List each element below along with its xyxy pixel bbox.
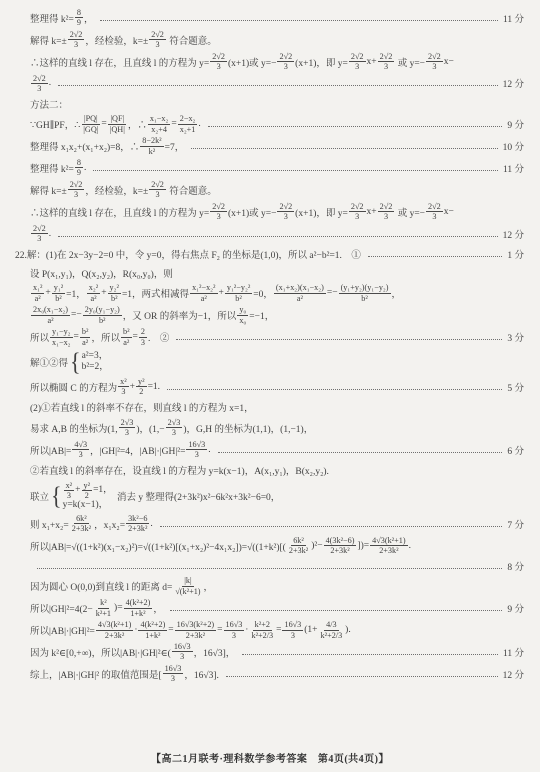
answer-line: 22.解：(1)在 2x−3y−2=0 中，令 y=0，得右焦点 F₂ 的坐标是…: [15, 245, 524, 262]
fraction-denominator: 2+3k²: [70, 524, 93, 533]
fraction-denominator: 3: [72, 40, 80, 49]
text-run: 易求 A,B 的坐标为(1,: [30, 421, 118, 435]
fraction: 16√3(k²+2)2+3k²: [175, 620, 217, 640]
answer-line: 所以|AB|=4√33，|GH|²=4，|AB|·|GH|²=16√33.6 分: [30, 440, 524, 460]
text-run: =7，: [165, 139, 185, 153]
fraction-denominator: √(k²+1): [173, 587, 202, 596]
text-run: =1，: [66, 286, 86, 300]
text-run: (x+1)，即 y=: [295, 205, 348, 219]
line-text: 综上，|AB|·|GH|² 的取值范围是[16√33，16√3].: [30, 664, 219, 684]
text-run: +: [130, 382, 135, 392]
fraction: x²3: [64, 481, 75, 501]
fraction-denominator: 9: [75, 168, 83, 177]
line-text: 2x₀(x₁−x₂)a²=−2y₀(y₁−y₂)b²，又 OR 的斜率为−1，所…: [30, 305, 274, 325]
text-run: ，16√3]，: [194, 645, 236, 659]
fraction-numerator: k²+2: [253, 620, 272, 630]
text-run: =1，: [93, 485, 113, 496]
fraction-numerator: (x₁+x₂)(x₁−x₂): [274, 283, 326, 293]
fraction-numerator: y₁−y₂: [50, 327, 73, 337]
fraction: 6k²2+3k²: [70, 514, 93, 534]
fraction: |PQ||GQ|: [81, 114, 100, 134]
fraction: |k|√(k²+1): [173, 576, 202, 596]
fraction: 8−2k²k²: [140, 136, 163, 156]
line-text: 所以|AB|=√((1+k²)(x₁−x₂)²)=√((1+k²)[(x₁+x₂…: [30, 536, 411, 556]
fraction: 16√33: [186, 440, 207, 460]
fraction-denominator: 3: [119, 387, 127, 396]
text-run: ，∴: [128, 117, 147, 131]
fraction-denominator: b²: [233, 294, 244, 303]
line-text: ∴这样的直线 l 存在，且直线 l 的方程为 y=2√23(x+1)或 y=−2…: [30, 202, 454, 222]
fraction-numerator: 2√2: [68, 180, 85, 190]
line-text: 整理得 k²=89，: [30, 8, 93, 28]
text-run: 整理得 x₁x₂+(x₁+x₂)=8，∴: [30, 139, 139, 153]
score-label: 8 分: [507, 559, 524, 573]
fraction: y₁²−y₂²b²: [225, 283, 252, 303]
fraction-denominator: a²: [88, 294, 98, 303]
fraction: 2√23: [149, 30, 166, 50]
fraction-numerator: x²: [64, 481, 75, 491]
score-label: 9 分: [507, 601, 524, 615]
text-run: ，|GH|²=4，|AB|·|GH|²=: [90, 443, 185, 457]
text-run: 所以|AB|·|GH|²=: [30, 623, 95, 637]
fraction-numerator: y₁²: [52, 283, 65, 293]
answer-line: 所以|AB|·|GH|²=4√3(k²+1)2+3k²·4(k²+2)1+k²=…: [30, 620, 524, 640]
fraction-numerator: 4(3k²−6): [324, 536, 357, 546]
fraction: 2−x₂x₂+1: [178, 114, 198, 134]
text-run: ，经检验，k=±: [85, 33, 148, 47]
fraction-denominator: k²: [147, 147, 158, 156]
fraction-numerator: 2: [139, 327, 147, 337]
text-run: ∴这样的直线 l 存在，且直线 l 的方程为 y=: [30, 55, 209, 69]
fraction-numerator: 16√3: [172, 642, 193, 652]
text-run: 设 P(x₁,y₁)，Q(x₂,y₂)，R(x₀,y₀)，则: [30, 266, 173, 280]
text-run: 则 x₁+x₂=: [30, 517, 69, 531]
fraction-numerator: 2√2: [68, 30, 85, 40]
line-text: 解得 k=±2√23，经检验，k=±2√23 符合题意。: [30, 30, 217, 50]
answer-line: 解①②得{a²=3，b²=2，: [30, 349, 524, 375]
line-text: 所以|GH|²=4(2−k²k²+1)=4(k²+2)1+k²，: [30, 598, 163, 618]
fraction: (x₁+x₂)(x₁−x₂)a²: [274, 283, 326, 303]
text-run: ②若直线 l 的斜率存在，设直线 l 的方程为 y=k(x−1)，A(x₁,y₁…: [30, 463, 329, 477]
fraction-numerator: 2√2: [426, 202, 443, 212]
fraction: 3k²−62+3k²: [126, 514, 149, 534]
fraction-denominator: k²+2/3: [319, 631, 345, 640]
fraction: 4/3k²+2/3: [319, 620, 345, 640]
fraction-numerator: 2√2: [378, 52, 395, 62]
fraction-numerator: 2√2: [349, 202, 366, 212]
fraction-numerator: 2−x₂: [178, 114, 198, 124]
fraction: 2√23: [349, 202, 366, 222]
text-run: 联立: [30, 489, 49, 503]
text-run: 解得 k=±: [30, 33, 67, 47]
fraction: 4(k²+2)1+k²: [138, 620, 167, 640]
fraction: 2√23: [68, 30, 85, 50]
fraction-denominator: 2+3k²: [287, 546, 310, 555]
text-run: )，(1,−: [136, 421, 164, 435]
fraction-numerator: 3k²−6: [126, 514, 149, 524]
fraction-denominator: 3: [289, 631, 297, 640]
fraction: x₁²a²: [31, 283, 44, 303]
fraction-denominator: 3: [123, 428, 131, 437]
fraction-denominator: k²+1: [94, 609, 113, 618]
fraction: 2√23: [68, 180, 85, 200]
fraction: 2√23: [149, 180, 166, 200]
score-label: 12 分: [503, 227, 524, 241]
fraction-denominator: 3: [215, 212, 223, 221]
dotted-leader: [242, 653, 498, 655]
fraction-numerator: y²: [136, 377, 147, 387]
text-run: )，G,H 的坐标为(1,1)，(1,−1)，: [183, 421, 313, 435]
answer-line: 整理得 k²=89，11 分: [30, 8, 524, 28]
fraction-denominator: 1+k²: [128, 609, 147, 618]
dotted-leader: [170, 609, 502, 611]
fraction: 4(3k²−6)2+3k²: [324, 536, 357, 556]
text-run: 所以|GH|²=4(2−: [30, 601, 93, 615]
answer-line: 则 x₁+x₂=6k²2+3k²，x₁x₂=3k²−62+3k².7 分: [30, 514, 524, 534]
fraction: 23: [139, 327, 147, 347]
text-run: =: [133, 332, 138, 342]
equation-system-row: a²=3，: [82, 351, 109, 362]
fraction: 2√23: [31, 224, 48, 244]
fraction-denominator: 3: [178, 652, 186, 661]
text-run: =: [101, 119, 106, 129]
fraction-numerator: b²: [80, 327, 91, 337]
fraction: 4√3(k²+1)2+3k²: [370, 536, 407, 556]
text-run: ，所以: [91, 330, 120, 344]
text-run: (x+1)或 y=−: [228, 55, 277, 69]
text-run: =1.: [148, 382, 160, 392]
text-run: =−1，: [249, 308, 274, 322]
text-run: =: [217, 625, 222, 635]
answer-line: (2)①若直线 l 的斜率不存在，则直线 l 的方程为 x=1，: [30, 399, 524, 416]
fraction: y²2: [136, 377, 147, 397]
fraction-denominator: a²: [121, 338, 131, 347]
page-footer: 【高二1月联考·理科数学参考答案 第4页(共4页)】: [0, 750, 540, 765]
text-run: 整理得 k²=: [30, 11, 74, 25]
answer-line: ②若直线 l 的斜率存在，设直线 l 的方程为 y=k(x−1)，A(x₁,y₁…: [30, 462, 524, 479]
fraction-numerator: 4√3(k²+1): [370, 536, 407, 546]
fraction: 2√33: [119, 418, 136, 438]
document-body: 整理得 k²=89，11 分解得 k=±2√23，经检验，k=±2√23 符合题…: [30, 7, 524, 685]
fraction-numerator: 8: [75, 8, 83, 18]
text-run: 或 y=−: [395, 55, 425, 69]
fraction-denominator: 3: [430, 62, 438, 71]
line-text: 设 P(x₁,y₁)，Q(x₂,y₂)，R(x₀,y₀)，则: [30, 266, 173, 280]
dotted-leader: [218, 451, 503, 453]
line-text: 整理得 k²=89.: [30, 158, 86, 178]
fraction-numerator: 4(k²+2): [124, 598, 153, 608]
answer-line: 2√23.12 分: [30, 224, 524, 244]
answer-line: x₁²a²+y₁²b²=1，x₂²a²+y₂²b²=1，两式相减得x₁²−x₂²…: [30, 283, 524, 303]
text-run: 所以|AB|=√((1+k²)(x₁−x₂)²)=√((1+k²)[(x₁+x₂…: [30, 539, 286, 553]
line-text: 则 x₁+x₂=6k²2+3k²，x₁x₂=3k²−62+3k².: [30, 514, 153, 534]
text-run: ，16√3].: [184, 667, 219, 681]
text-run: ，又 OR 的斜率为−1，所以: [123, 308, 237, 322]
fraction: b²a²: [80, 327, 91, 347]
fraction: (y₁+y₂)(y₁−y₂)b²: [339, 283, 391, 303]
answer-line: 整理得 k²=89.11 分: [30, 158, 524, 178]
score-label: 11 分: [503, 11, 524, 25]
fraction-numerator: 16√3: [282, 620, 303, 630]
text-run: ，: [153, 601, 163, 615]
fraction: 2x₀(x₁−x₂)a²: [31, 305, 70, 325]
fraction-numerator: 6k²: [74, 514, 89, 524]
fraction: 2√33: [166, 418, 183, 438]
score-label: 12 分: [503, 76, 524, 90]
score-label: 9 分: [507, 117, 524, 131]
text-run: 所以椭圆 C 的方程为: [30, 380, 117, 394]
fraction-numerator: x₂²: [87, 283, 100, 293]
fraction: 16√33: [172, 642, 193, 662]
fraction-denominator: a²: [33, 294, 43, 303]
fraction-denominator: |GQ|: [81, 125, 100, 134]
answer-line: 所以y₁−y₂x₁−x₂=b²a²，所以b²a²=23. ②3 分: [30, 327, 524, 347]
answer-line: 8 分: [30, 557, 524, 574]
dotted-leader: [167, 388, 502, 390]
text-run: )=: [114, 603, 123, 613]
text-run: .: [198, 119, 200, 129]
fraction-numerator: 4√3(k²+1): [96, 620, 133, 630]
fraction-denominator: 3: [230, 631, 238, 640]
text-run: =0，: [253, 286, 273, 300]
fraction-numerator: y₀: [237, 305, 248, 315]
text-run: ，经检验，k=±: [85, 183, 148, 197]
fraction-denominator: 3: [35, 84, 43, 93]
fraction-denominator: 2+3k²: [103, 631, 126, 640]
text-run: =: [168, 625, 173, 635]
fraction-numerator: |PQ|: [82, 114, 100, 124]
text-run: ∵GH∥PF，∴: [30, 117, 80, 131]
text-run: .: [150, 519, 152, 529]
fraction-numerator: x₁²−x₂²: [190, 283, 217, 293]
fraction-numerator: 2√2: [349, 52, 366, 62]
answer-line: 所以|GH|²=4(2−k²k²+1)=4(k²+2)1+k²，9 分: [30, 598, 524, 618]
fraction-denominator: a²: [80, 338, 90, 347]
fraction-numerator: 2√2: [210, 52, 227, 62]
fraction: 2√23: [31, 74, 48, 94]
line-text: 所以椭圆 C 的方程为x²3+y²2=1.: [30, 377, 160, 397]
answer-line: 综上，|AB|·|GH|² 的取值范围是[16√33，16√3].12 分: [30, 664, 524, 684]
text-run: 因为圆心 O(0,0)到直线 l 的距离 d=: [30, 579, 172, 593]
fraction-numerator: 16√3: [163, 664, 184, 674]
text-run: )²−: [311, 541, 322, 551]
answer-line: 2√23.12 分: [30, 74, 524, 94]
text-run: ).: [345, 625, 351, 635]
fraction-denominator: 9: [75, 18, 83, 27]
fraction-denominator: 1+k²: [143, 631, 162, 640]
fraction-numerator: x²: [118, 377, 129, 387]
answer-line: 设 P(x₁,y₁)，Q(x₂,y₂)，R(x₀,y₀)，则: [30, 264, 524, 281]
fraction: 4√33: [72, 440, 89, 460]
fraction-numerator: 2y₀(y₁−y₂): [83, 305, 122, 315]
fraction-denominator: a²: [45, 316, 55, 325]
fraction-numerator: 16√3: [224, 620, 245, 630]
fraction: x₁−x₂x₂+4: [148, 114, 171, 134]
text-run: +: [45, 288, 50, 298]
fraction-numerator: 2√2: [277, 52, 294, 62]
dotted-leader: [208, 125, 503, 127]
text-run: 方法二：: [30, 97, 68, 111]
fraction: 2√23: [426, 202, 443, 222]
fraction: 2√23: [210, 202, 227, 222]
fraction-denominator: 3: [430, 212, 438, 221]
text-run: =: [276, 625, 281, 635]
fraction-denominator: 3: [170, 428, 178, 437]
text-run: +: [75, 485, 80, 496]
answer-line: 2x₀(x₁−x₂)a²=−2y₀(y₁−y₂)b²，又 OR 的斜率为−1，所…: [30, 305, 524, 325]
fraction-denominator: 3: [382, 62, 390, 71]
dotted-leader: [176, 338, 502, 340]
equation-system: {a²=3，b²=2，: [70, 349, 109, 375]
text-run: 所以: [30, 330, 49, 344]
dotted-leader: [226, 675, 498, 677]
fraction-denominator: 3: [35, 234, 43, 243]
answer-line: ∴这样的直线 l 存在，且直线 l 的方程为 y=2√23(x+1)或 y=−2…: [30, 202, 524, 222]
line-text: x₁²a²+y₁²b²=1，x₂²a²+y₂²b²=1，两式相减得x₁²−x₂²…: [30, 283, 401, 303]
dotted-leader: [93, 169, 498, 171]
line-text: ∵GH∥PF，∴|PQ||GQ|=|QF||QH|，∴x₁−x₂x₂+4=2−x…: [30, 114, 201, 134]
fraction-denominator: 2+3k²: [328, 546, 351, 555]
answer-line: 易求 A,B 的坐标为(1,2√33)，(1,−2√33)，G,H 的坐标为(1…: [30, 418, 524, 438]
fraction-denominator: 3: [72, 190, 80, 199]
fraction-numerator: 2√2: [31, 74, 48, 84]
fraction-denominator: 2: [83, 491, 91, 500]
fraction: 4√3(k²+1)2+3k²: [96, 620, 133, 640]
answer-line: 因为 k²∈[0,+∞)，所以|AB|·|GH|²∈(16√33，16√3]，1…: [30, 642, 524, 662]
fraction-numerator: |QF|: [108, 114, 126, 124]
score-label: 11 分: [503, 645, 524, 659]
fraction-numerator: 4/3: [324, 620, 338, 630]
text-run: x−: [444, 207, 454, 217]
answer-line: 解得 k=±2√23，经检验，k=±2√23 符合题意。: [30, 180, 524, 200]
brace-glyph: {: [51, 481, 62, 511]
fraction-denominator: x₁−x₂: [50, 338, 73, 347]
fraction-denominator: 3: [382, 212, 390, 221]
answer-line: ∵GH∥PF，∴|PQ||GQ|=|QF||QH|，∴x₁−x₂x₂+4=2−x…: [30, 114, 524, 134]
text-run: =: [74, 332, 79, 342]
line-text: 所以|AB|·|GH|²=4√3(k²+1)2+3k²·4(k²+2)1+k²=…: [30, 620, 351, 640]
line-text: 所以|AB|=4√33，|GH|²=4，|AB|·|GH|²=16√33.: [30, 440, 211, 460]
fraction: k²k²+1: [94, 598, 113, 618]
fraction-numerator: 2√3: [119, 418, 136, 428]
line-text: 2√23.: [30, 74, 51, 94]
fraction-numerator: 6k²: [291, 536, 306, 546]
answer-sheet-page: 整理得 k²=89，11 分解得 k=±2√23，经检验，k=±2√23 符合题…: [0, 0, 540, 772]
text-run: =−: [71, 310, 82, 320]
text-run: x+: [367, 57, 377, 67]
fraction: 2√23: [277, 202, 294, 222]
fraction: 16√33: [224, 620, 245, 640]
line-text: 22.解：(1)在 2x−3y−2=0 中，令 y=0，得右焦点 F₂ 的坐标是…: [15, 247, 361, 261]
text-run: 消去 y 整理得(2+3k²)x²−6k²x+3k²−6=0，: [115, 489, 281, 503]
fraction-denominator: 3: [154, 40, 162, 49]
text-run: .: [49, 229, 51, 239]
line-text: 解①②得{a²=3，b²=2，: [30, 349, 111, 375]
dotted-leader: [58, 235, 498, 237]
text-run: =−: [327, 288, 338, 298]
fraction-denominator: x₂+4: [149, 125, 169, 134]
fraction-numerator: 16√3(k²+2): [175, 620, 217, 630]
text-run: =: [171, 119, 176, 129]
text-run: (x+1)或 y=−: [228, 205, 277, 219]
line-text: 2√23.: [30, 224, 51, 244]
dotted-leader: [191, 147, 497, 149]
fraction: 2√23: [378, 52, 395, 72]
fraction-numerator: (y₁+y₂)(y₁−y₂): [339, 283, 391, 293]
text-run: .: [409, 541, 411, 551]
fraction-numerator: 2√2: [31, 224, 48, 234]
fraction: 2√23: [277, 52, 294, 72]
answer-line: 所以椭圆 C 的方程为x²3+y²2=1.5 分: [30, 377, 524, 397]
line-text: ∴这样的直线 l 存在，且直线 l 的方程为 y=2√23(x+1)或 y=−2…: [30, 52, 454, 72]
fraction-denominator: 2+3k²: [377, 546, 400, 555]
fraction-denominator: 3: [65, 491, 73, 500]
score-label: 1 分: [507, 247, 524, 261]
fraction: x₂²a²: [87, 283, 100, 303]
fraction: y₁²b²: [52, 283, 65, 303]
text-run: .: [208, 445, 210, 455]
text-run: (1+: [304, 625, 317, 635]
fraction: k²+2k²+2/3: [249, 620, 275, 640]
fraction-numerator: 2√2: [378, 202, 395, 212]
score-label: 3 分: [507, 330, 524, 344]
score-label: 10 分: [503, 139, 524, 153]
text-run: 或 y=−: [395, 205, 425, 219]
dotted-leader: [37, 567, 502, 569]
answer-line: 所以|AB|=√((1+k²)(x₁−x₂)²)=√((1+k²)[(x₁+x₂…: [30, 536, 524, 556]
fraction: y²2: [82, 481, 93, 501]
line-text: 易求 A,B 的坐标为(1,2√33)，(1,−2√33)，G,H 的坐标为(1…: [30, 418, 313, 438]
fraction-denominator: 3: [139, 338, 147, 347]
fraction: 2y₀(y₁−y₂)b²: [83, 305, 122, 325]
fraction-denominator: b²: [53, 294, 64, 303]
brace-glyph: {: [70, 347, 81, 377]
text-run: 整理得 k²=: [30, 161, 74, 175]
fraction-numerator: 8−2k²: [140, 136, 163, 146]
fraction-denominator: 3: [154, 190, 162, 199]
fraction-numerator: 2√2: [426, 52, 443, 62]
score-label: 12 分: [503, 667, 524, 681]
fraction-denominator: 2+3k²: [184, 631, 207, 640]
fraction: 2√23: [378, 202, 395, 222]
answer-line: 整理得 x₁x₂+(x₁+x₂)=8，∴8−2k²k²=7，10 分: [30, 136, 524, 156]
equation-system-row: y=k(x−1)，: [63, 500, 109, 511]
line-text: ②若直线 l 的斜率存在，设直线 l 的方程为 y=k(x−1)，A(x₁,y₁…: [30, 463, 329, 477]
fraction-numerator: k²: [98, 598, 109, 608]
equation-system-rows: x²3+y²2=1，y=k(x−1)，: [63, 481, 113, 512]
fraction-numerator: 2√3: [166, 418, 183, 428]
dotted-leader: [368, 255, 502, 257]
text-run: ，: [204, 579, 214, 593]
fraction: b²a²: [121, 327, 132, 347]
fraction: 89: [75, 8, 83, 28]
fraction-denominator: 3: [193, 450, 201, 459]
fraction: y₀x₀: [237, 305, 248, 325]
fraction-numerator: 2√2: [149, 30, 166, 40]
answer-line: 联立{x²3+y²2=1，y=k(x−1)， 消去 y 整理得(2+3k²)x²…: [30, 481, 524, 512]
text-run: a²=3，: [82, 351, 109, 362]
line-text: 联立{x²3+y²2=1，y=k(x−1)， 消去 y 整理得(2+3k²)x²…: [30, 481, 280, 512]
text-run: .: [84, 163, 86, 173]
line-text: 整理得 x₁x₂+(x₁+x₂)=8，∴8−2k²k²=7，: [30, 136, 184, 156]
fraction-denominator: b²: [109, 294, 120, 303]
line-text: 所以y₁−y₂x₁−x₂=b²a²，所以b²a²=23. ②: [30, 327, 169, 347]
answer-line: ∴这样的直线 l 存在，且直线 l 的方程为 y=2√23(x+1)或 y=−2…: [30, 52, 524, 72]
fraction-denominator: 3: [77, 450, 85, 459]
fraction-denominator: b²: [97, 316, 108, 325]
fraction: 89: [75, 158, 83, 178]
fraction-denominator: 3: [353, 62, 361, 71]
